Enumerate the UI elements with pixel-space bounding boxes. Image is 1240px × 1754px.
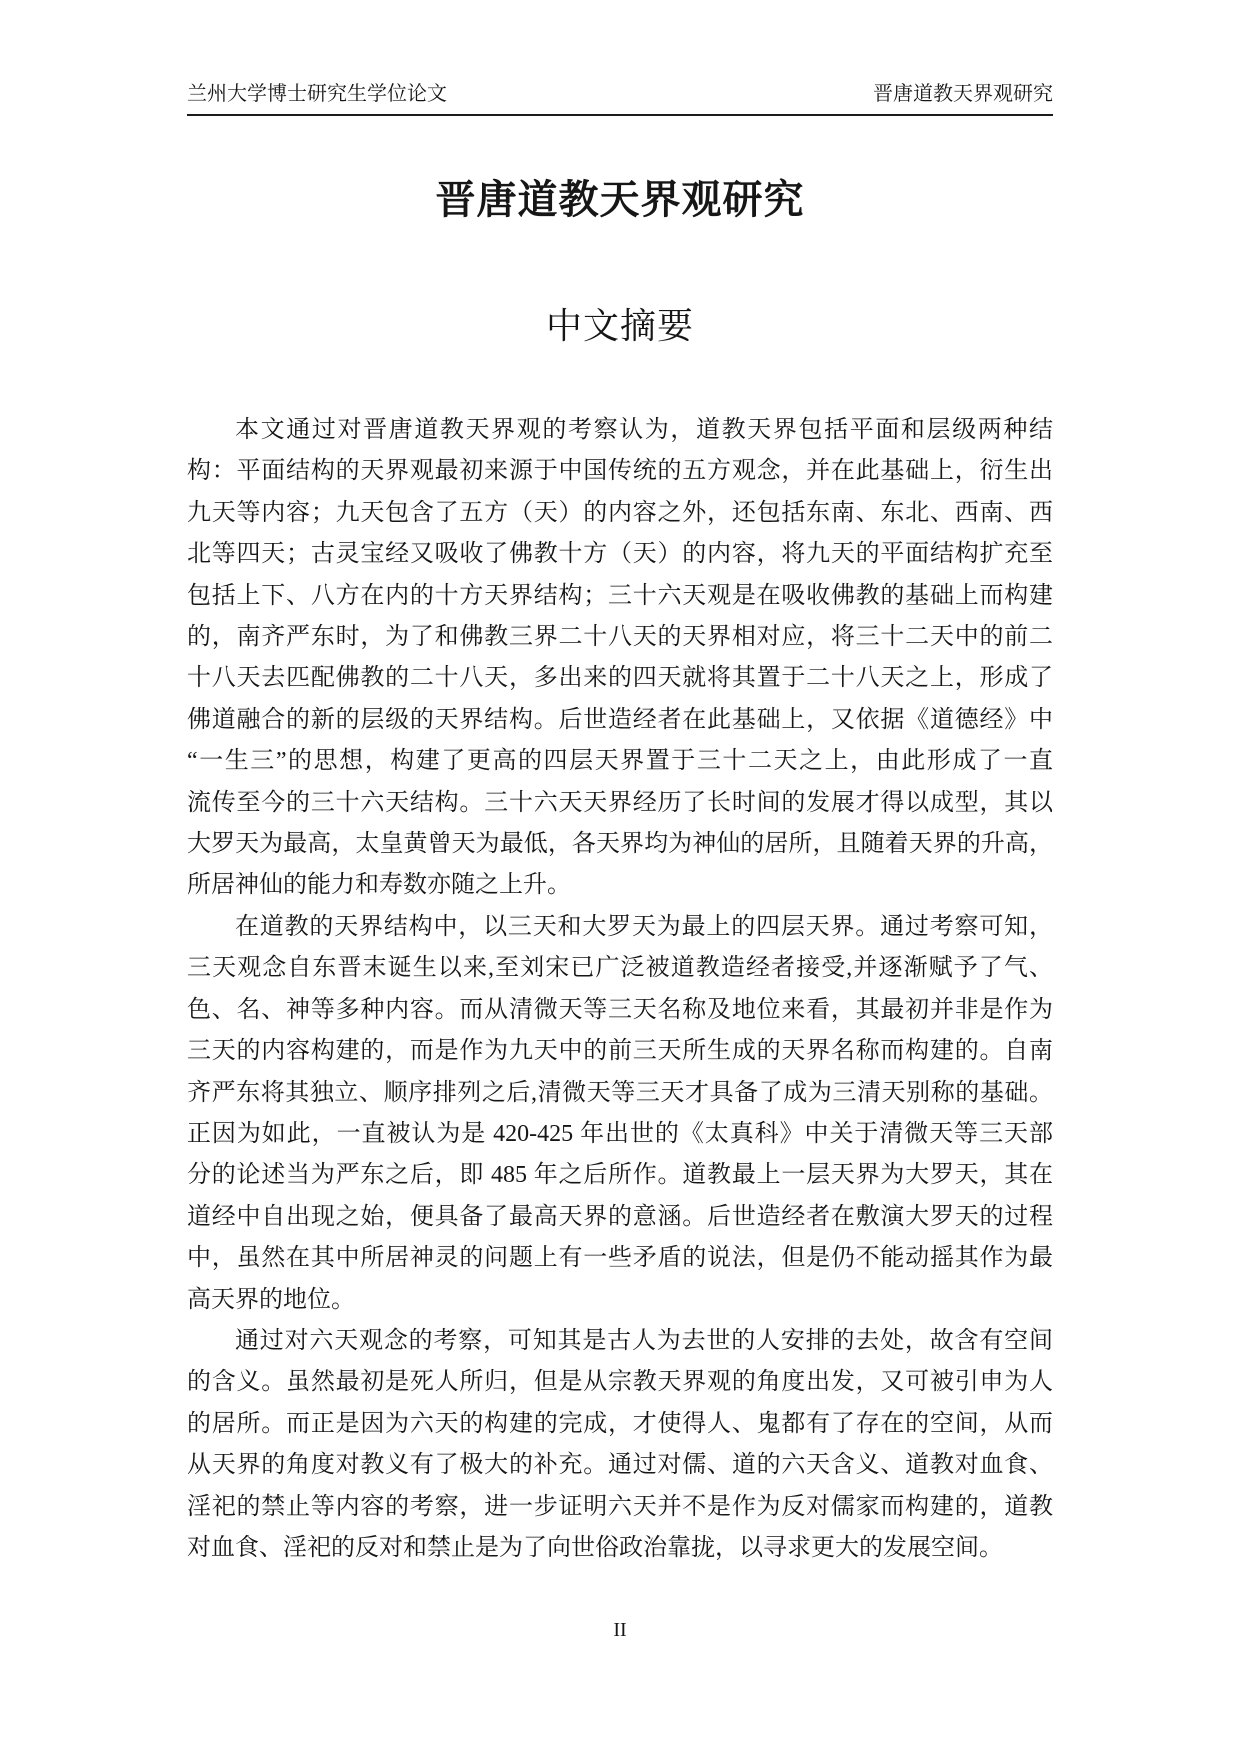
abstract-body: 本文通过对晋唐道教天界观的考察认为，道教天界包括平面和层级两种结构：平面结构的天… — [187, 410, 1053, 1569]
body-line: 三天的内容构建的，而是作为九天中的前三天所生成的天界名称而构建的。自南 — [187, 1031, 1053, 1072]
body-line: 十八天去匹配佛教的二十八天，多出来的四天就将其置于二十八天之上，形成了 — [187, 658, 1053, 699]
abstract-heading: 中文摘要 — [0, 304, 1240, 348]
header-right-text: 晋唐道教天界观研究 — [873, 82, 1053, 106]
body-line: 对血食、淫祀的反对和禁止是为了向世俗政治靠拢，以寻求更大的发展空间。 — [187, 1528, 1053, 1569]
body-line: 淫祀的禁止等内容的考察，进一步证明六天并不是作为反对儒家而构建的，道教 — [187, 1487, 1053, 1528]
document-title: 晋唐道教天界观研究 — [0, 176, 1240, 224]
body-line: 流传至今的三十六天结构。三十六天天界经历了长时间的发展才得以成型，其以 — [187, 783, 1053, 824]
body-line: “一生三”的思想，构建了更高的四层天界置于三十二天之上，由此形成了一直 — [187, 741, 1053, 782]
body-line: 三天观念自东晋末诞生以来,至刘宋已广泛被道教造经者接受,并逐渐赋予了气、 — [187, 948, 1053, 989]
body-line: 通过对六天观念的考察，可知其是古人为去世的人安排的去处，故含有空间 — [187, 1321, 1053, 1362]
body-line: 大罗天为最高，太皇黄曾天为最低，各天界均为神仙的居所，且随着天界的升高， — [187, 824, 1053, 865]
body-line: 包括上下、八方在内的十方天界结构；三十六天观是在吸收佛教的基础上而构建 — [187, 576, 1053, 617]
thesis-abstract-page: 兰州大学博士研究生学位论文 晋唐道教天界观研究 晋唐道教天界观研究 中文摘要 本… — [0, 0, 1240, 1754]
body-line: 九天等内容；九天包含了五方（天）的内容之外，还包括东南、东北、西南、西 — [187, 493, 1053, 534]
page-header: 兰州大学博士研究生学位论文 晋唐道教天界观研究 — [187, 82, 1053, 116]
body-line: 本文通过对晋唐道教天界观的考察认为，道教天界包括平面和层级两种结 — [187, 410, 1053, 451]
body-line: 所居神仙的能力和寿数亦随之上升。 — [187, 865, 1053, 906]
body-line: 佛道融合的新的层级的天界结构。后世造经者在此基础上，又依据《道德经》中 — [187, 700, 1053, 741]
body-line: 北等四天；古灵宝经又吸收了佛教十方（天）的内容，将九天的平面结构扩充至 — [187, 534, 1053, 575]
body-line: 色、名、神等多种内容。而从清微天等三天名称及地位来看，其最初并非是作为 — [187, 990, 1053, 1031]
body-line: 正因为如此，一直被认为是 420-425 年出世的《太真科》中关于清微天等三天部 — [187, 1114, 1053, 1155]
body-line: 齐严东将其独立、顺序排列之后,清微天等三天才具备了成为三清天别称的基础。 — [187, 1073, 1053, 1114]
body-line: 分的论述当为严东之后，即 485 年之后所作。道教最上一层天界为大罗天，其在 — [187, 1155, 1053, 1196]
header-left-text: 兰州大学博士研究生学位论文 — [187, 82, 447, 106]
body-line: 高天界的地位。 — [187, 1280, 1053, 1321]
body-line: 从天界的角度对教义有了极大的补充。通过对儒、道的六天含义、道教对血食、 — [187, 1445, 1053, 1486]
body-line: 道经中自出现之始，便具备了最高天界的意涵。后世造经者在敷演大罗天的过程 — [187, 1197, 1053, 1238]
body-line: 在道教的天界结构中，以三天和大罗天为最上的四层天界。通过考察可知， — [187, 907, 1053, 948]
body-line: 中，虽然在其中所居神灵的问题上有一些矛盾的说法，但是仍不能动摇其作为最 — [187, 1238, 1053, 1279]
page-number: II — [0, 1618, 1240, 1642]
body-line: 的居所。而正是因为六天的构建的完成，才使得人、鬼都有了存在的空间，从而 — [187, 1404, 1053, 1445]
body-line: 的，南齐严东时，为了和佛教三界二十八天的天界相对应，将三十二天中的前二 — [187, 617, 1053, 658]
body-line: 的含义。虽然最初是死人所归，但是从宗教天界观的角度出发，又可被引申为人 — [187, 1362, 1053, 1403]
body-line: 构：平面结构的天界观最初来源于中国传统的五方观念，并在此基础上，衍生出 — [187, 451, 1053, 492]
